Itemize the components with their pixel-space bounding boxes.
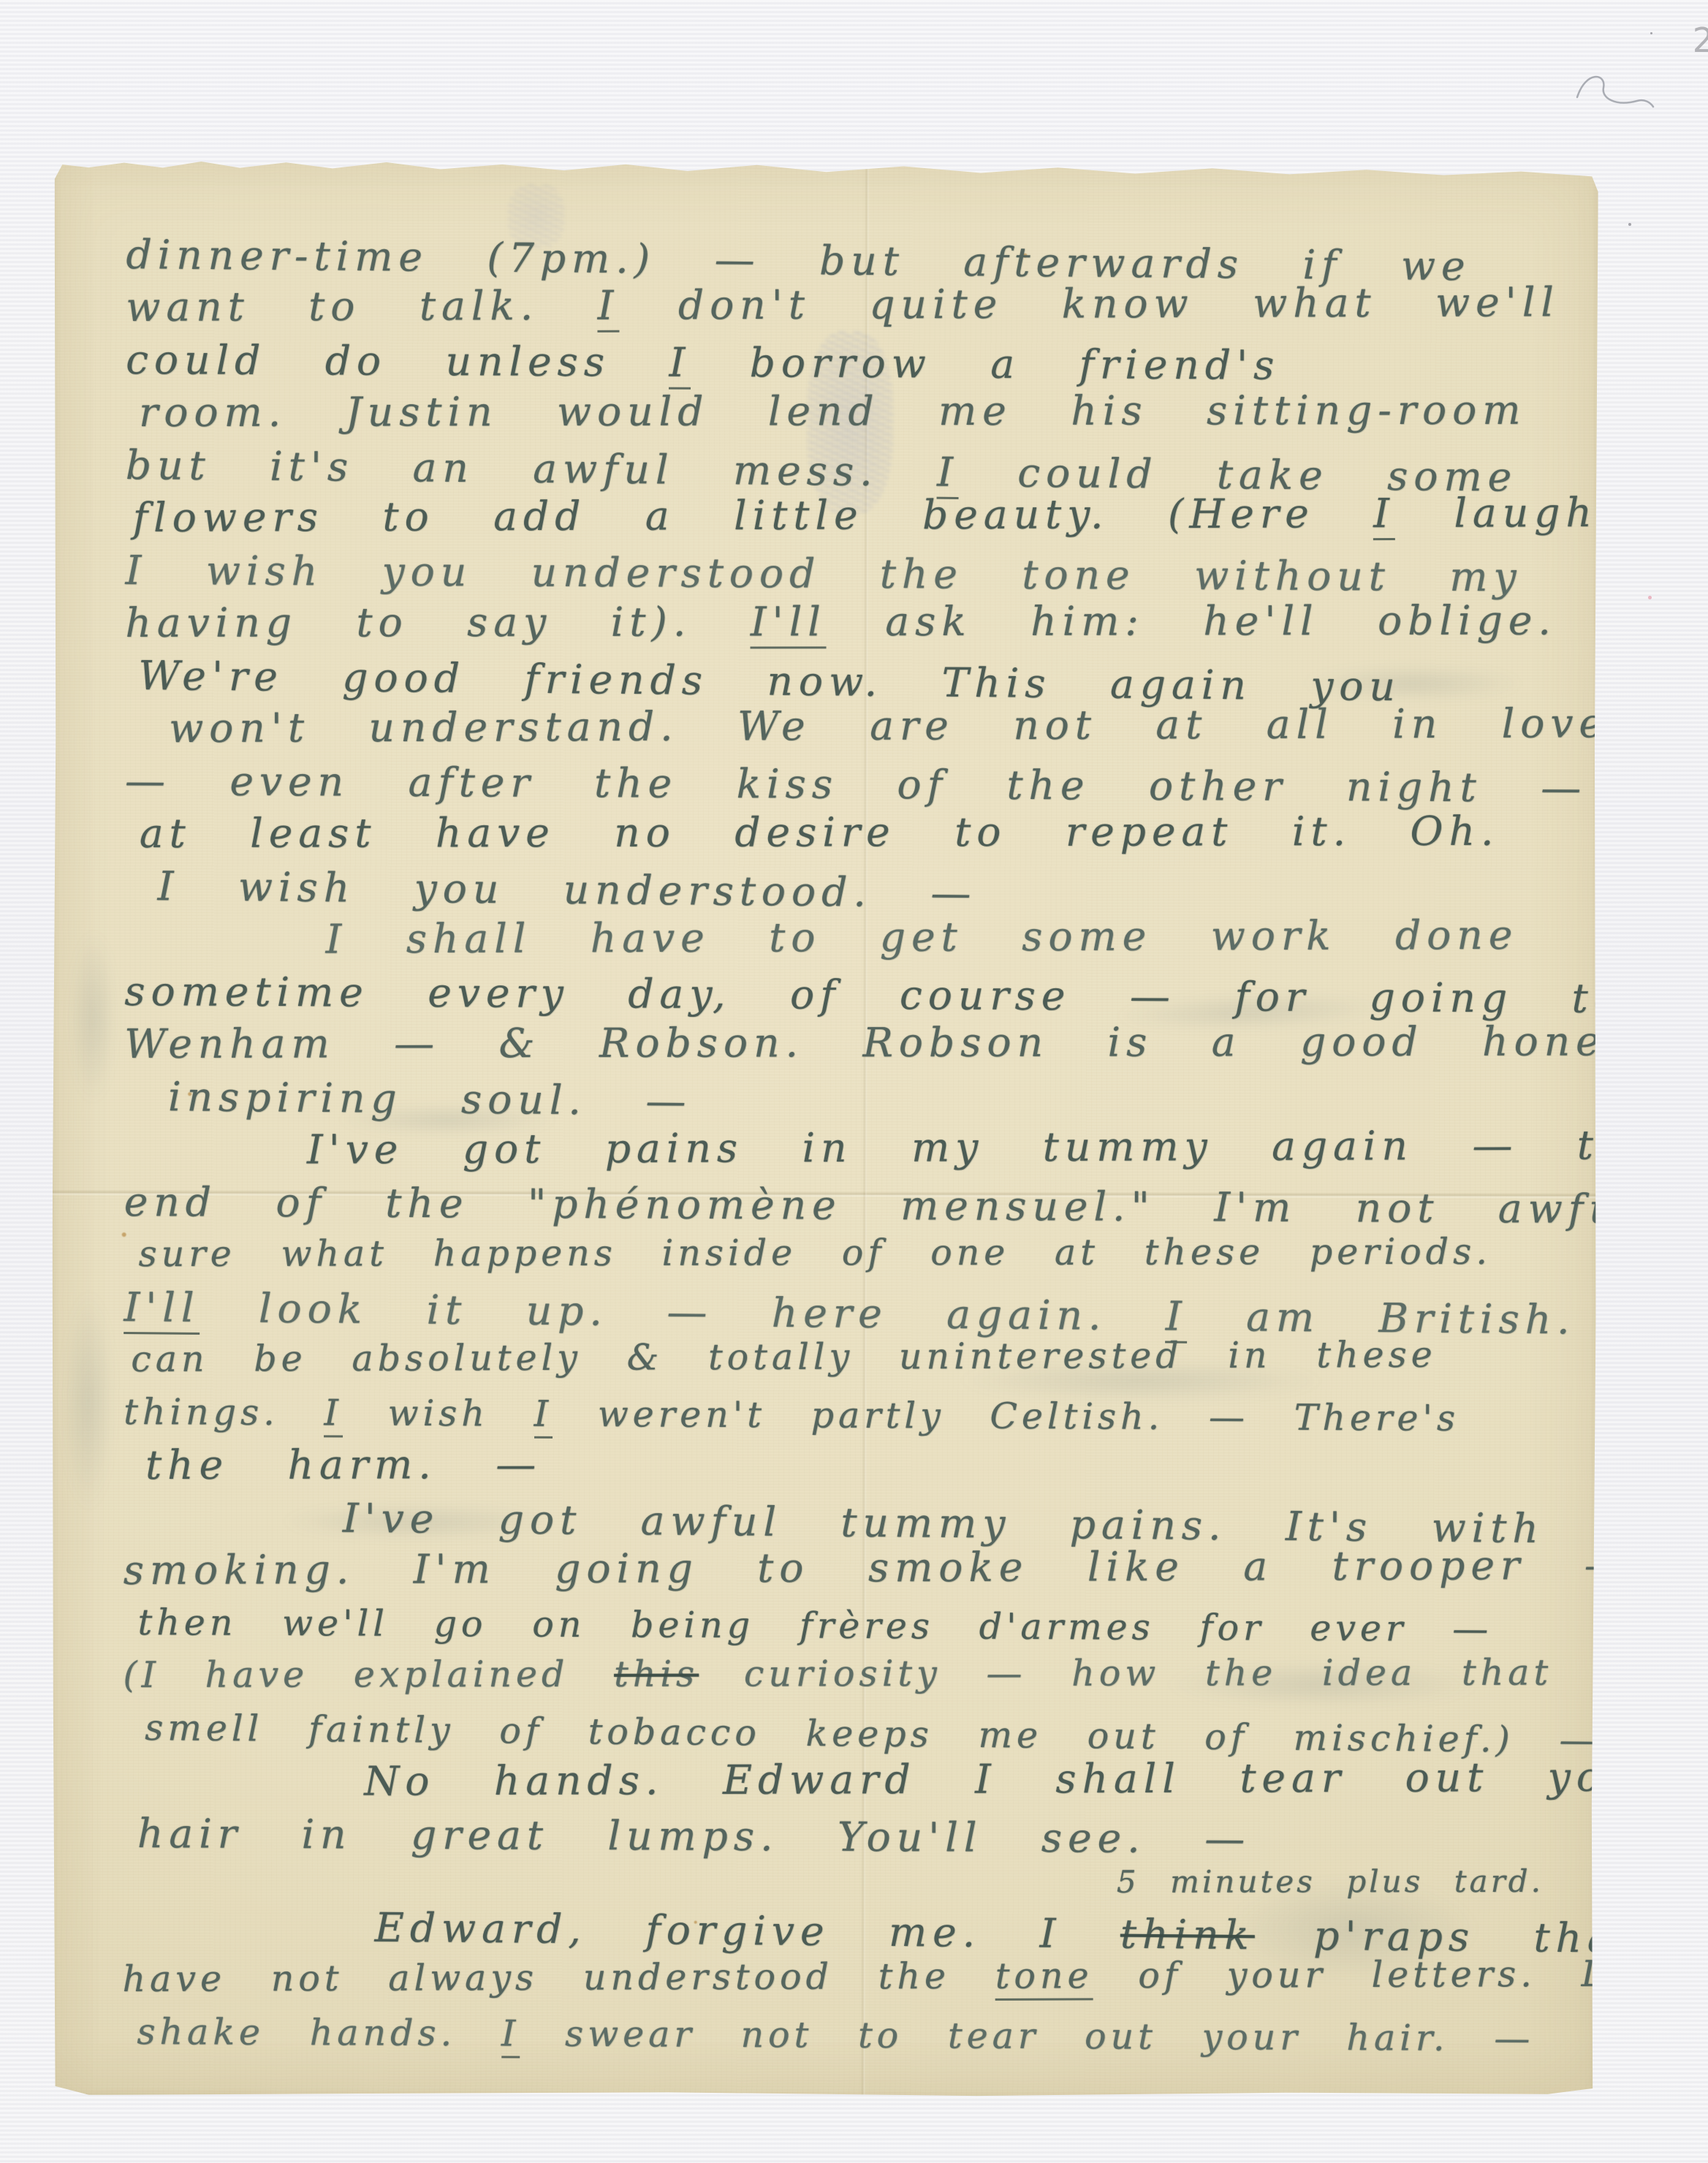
letter-line: I've got pains in my tummy again — the xyxy=(307,1118,1570,1175)
letter-line: sure what happens inside of one at these… xyxy=(139,1226,1570,1281)
letter-line: (I have explained this curiosity — how t… xyxy=(123,1647,1568,1702)
letter-body: dinner-time (7pm.) — but afterwards if w… xyxy=(122,228,1571,2061)
letter-line: the harm. — xyxy=(145,1436,1569,1491)
hair-fiber xyxy=(1571,64,1666,137)
pink-speck xyxy=(1648,596,1652,599)
dust-speck xyxy=(1650,32,1652,34)
letter-line: shake hands. I swear not to tear out you… xyxy=(137,2006,1568,2066)
ink-showthrough-smudge xyxy=(52,1247,126,1554)
letter-line: I shall have to get some work done xyxy=(325,909,1570,966)
letter-line: flowers to add a little beauty. (Here I … xyxy=(133,486,1571,544)
letter-line: can be absolutely & totally uninterested… xyxy=(131,1328,1569,1386)
letter-line: want to talk. I don't quite know what we… xyxy=(126,276,1571,333)
letter-line: room. Justin would lend me his sitting-r… xyxy=(139,384,1571,439)
letter-page: dinner-time (7pm.) — but afterwards if w… xyxy=(50,158,1598,2098)
letter-line: No hands. Edward I shall tear out your xyxy=(364,1751,1568,1808)
letter-line: have not always understood the tone of y… xyxy=(122,1948,1568,2006)
letter-line: at least have no desire to repeat it. Oh… xyxy=(140,805,1571,860)
dust-speck xyxy=(1628,223,1631,226)
letter-line: smoking. I'm going to smoke like a troop… xyxy=(124,1539,1569,1596)
letter-line: 5 minutes plus tard. xyxy=(1117,1861,1568,1903)
letter-line: having to say it). I'll ask him: he'll o… xyxy=(125,594,1571,649)
ink-showthrough-smudge xyxy=(60,896,126,1137)
letter-line: won't understand. We are not at all in l… xyxy=(169,697,1571,754)
page-number-mark: 2 xyxy=(1693,20,1708,60)
letter-line: Wenham — & Robson. Robson is a good hone… xyxy=(124,1015,1570,1070)
scanner-background: 2 dinner-time (7pm.) — but afterwards if… xyxy=(0,0,1708,2163)
letter-line: hair in great lumps. You'll see. — xyxy=(137,1807,1568,1867)
